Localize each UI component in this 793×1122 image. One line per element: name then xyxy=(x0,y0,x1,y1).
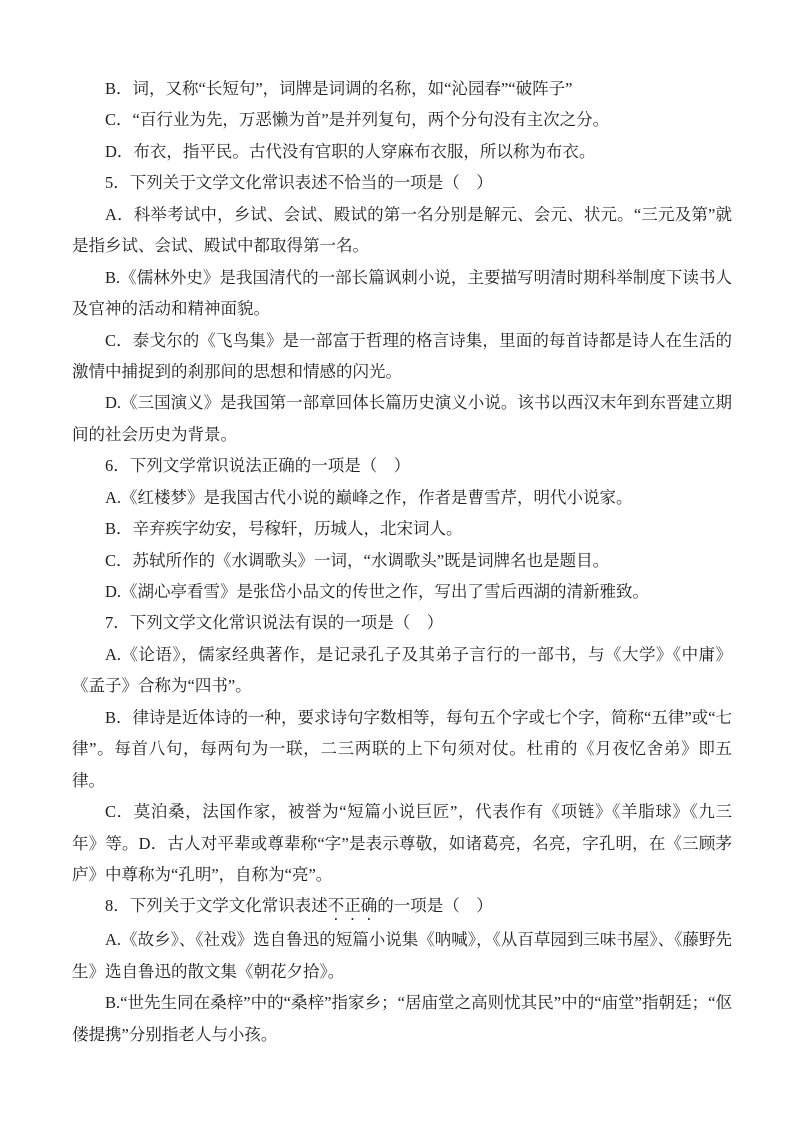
document-page: B．词，又称“长短句”，词牌是词调的名称，如“沁园春”“破阵子” C．“百行业为… xyxy=(0,0,793,1122)
question-7-stem: 7．下列文学文化常识说法有误的一项是（ ） xyxy=(72,607,732,638)
question-8-option-a: A.《故乡》、《社戏》选自鲁迅的短篇小说集《呐喊》，《从百草园到三味书屋》、《藤… xyxy=(72,924,732,987)
question-8-stem-post: 的一项是（ ） xyxy=(377,896,493,915)
question-5-option-b: B.《儒林外史》是我国清代的一部长篇讽刺小说，主要描写明清时期科举制度下读书人及… xyxy=(72,262,732,325)
question-6-option-b: B．辛弃疾字幼安，号稼轩，历城人，北宋词人。 xyxy=(72,513,732,544)
question-6-option-c: C．苏轼所作的《水调歌头》一词，“水调歌头”既是词牌名也是题目。 xyxy=(72,545,732,576)
question-7-option-a: A.《论语》，儒家经典著作，是记录孔子及其弟子言行的一部书，与《大学》《中庸》《… xyxy=(72,639,732,702)
prev-question-option-c: C．“百行业为先，万恶懒为首”是并列复句，两个分句没有主次之分。 xyxy=(72,104,732,135)
question-8-option-b: B.“世先生同在桑梓”中的“桑梓”指家乡；“居庙堂之高则忧其民”中的“庙堂”指朝… xyxy=(72,987,732,1050)
question-8-stem-pre: 8．下列关于文学文化常识表述 xyxy=(105,896,328,915)
question-5-option-a: A．科举考试中，乡试、会试、殿试的第一名分别是解元、会元、状元。“三元及第”就是… xyxy=(72,199,732,262)
question-6-stem: 6．下列文学常识说法正确的一项是（ ） xyxy=(72,450,732,481)
question-8-stem-emphasized: 不正确 xyxy=(328,896,378,915)
question-5-option-c: C．泰戈尔的《飞鸟集》是一部富于哲理的格言诗集，里面的每首诗都是诗人在生活的激情… xyxy=(72,325,732,388)
question-7-option-b: B．律诗是近体诗的一种，要求诗句字数相等，每句五个字或七个字，简称“五律”或“七… xyxy=(72,702,732,796)
question-5-option-d: D.《三国演义》是我国第一部章回体长篇历史演义小说。该书以西汉末年到东晋建立期间… xyxy=(72,387,732,450)
question-8-stem: 8．下列关于文学文化常识表述不正确的一项是（ ） xyxy=(72,890,732,924)
question-6-option-d: D.《湖心亭看雪》是张岱小品文的传世之作，写出了雪后西湖的清新雅致。 xyxy=(72,576,732,607)
question-6-option-a: A.《红楼梦》是我国古代小说的巅峰之作，作者是曹雪芹，明代小说家。 xyxy=(72,482,732,513)
prev-question-option-b: B．词，又称“长短句”，词牌是词调的名称，如“沁园春”“破阵子” xyxy=(72,73,732,104)
prev-question-option-d: D．布衣，指平民。古代没有官职的人穿麻布衣服，所以称为布衣。 xyxy=(72,136,732,167)
question-5-stem: 5．下列关于文学文化常识表述不恰当的一项是（ ） xyxy=(72,167,732,198)
question-7-options-c-d: C．莫泊桑，法国作家，被誉为“短篇小说巨匠”，代表作有《项链》《羊脂球》《九三年… xyxy=(72,796,732,890)
